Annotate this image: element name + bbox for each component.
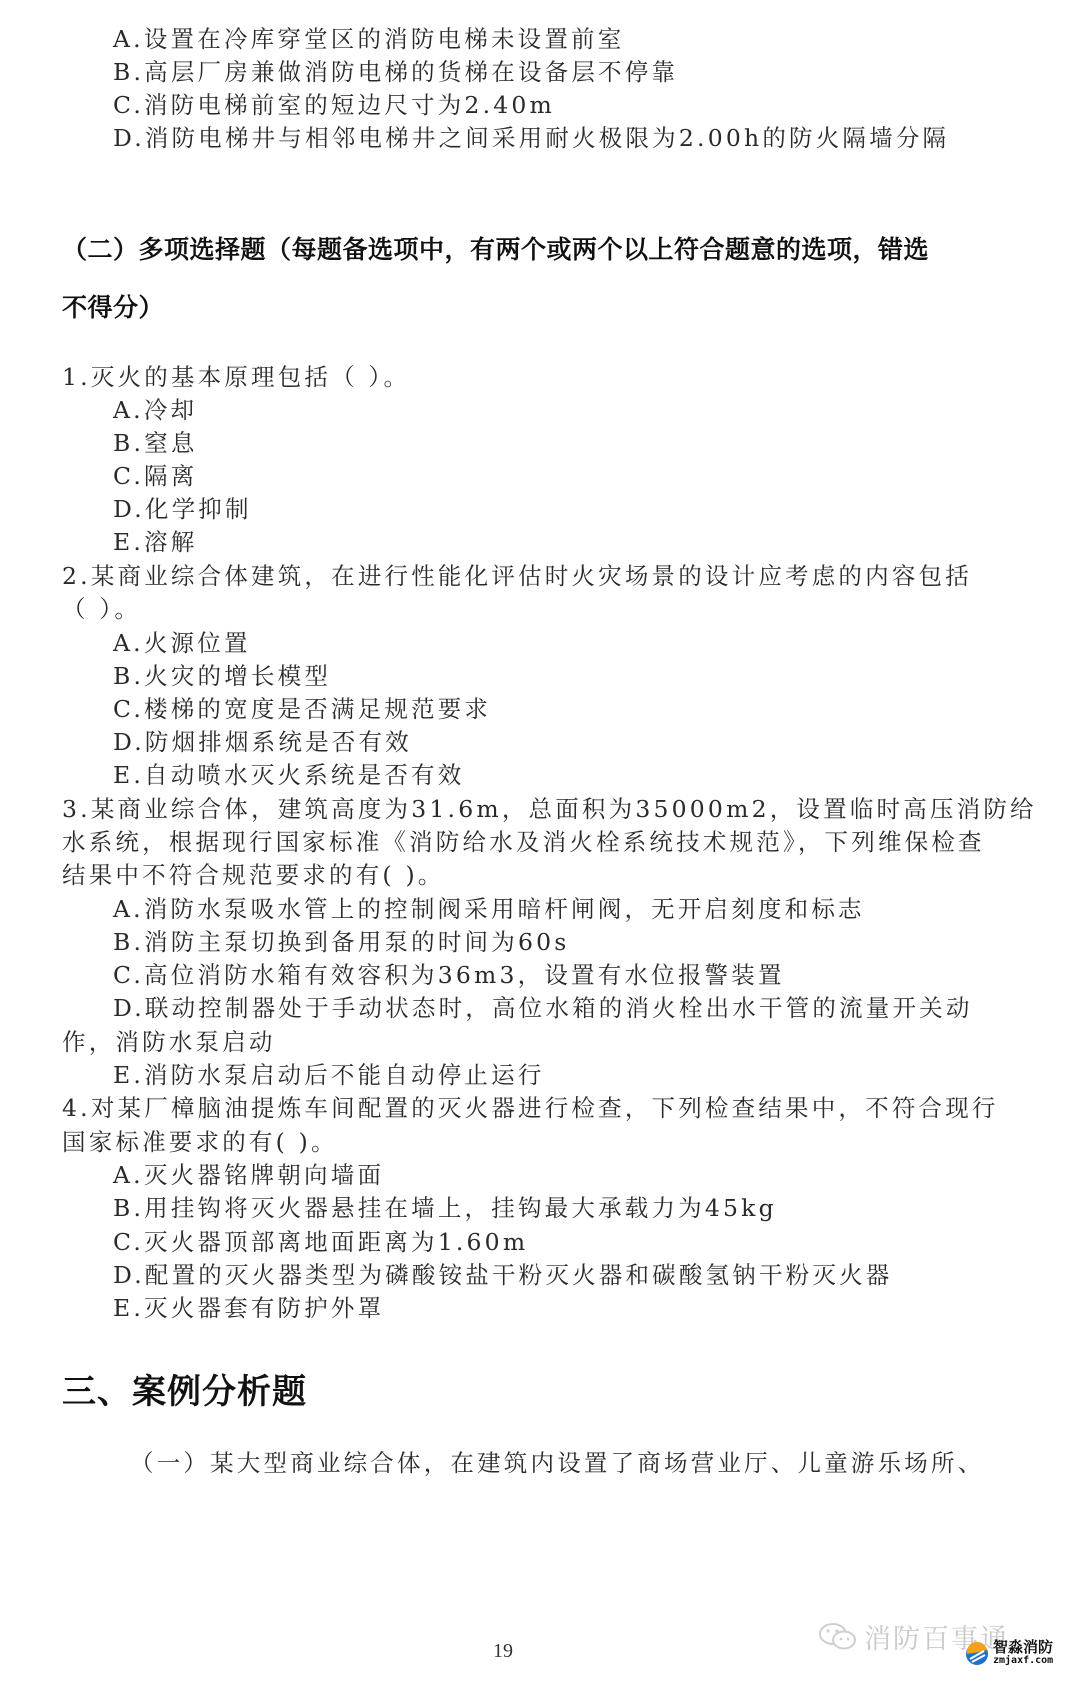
question-2-stem: 2.某商业综合体建筑，在进行性能化评估时火灾场景的设计应考虑的内容包括 xyxy=(62,561,972,591)
question-3-option-d: D.联动控制器处于手动状态时，高位水箱的消火栓出水干管的流量开关动 xyxy=(113,993,973,1023)
question-1-option-c: C.隔离 xyxy=(113,461,197,491)
question-2-option-d: D.防烟排烟系统是否有效 xyxy=(113,727,412,757)
question-4-option-a: A.灭火器铭牌朝向墙面 xyxy=(113,1160,384,1190)
logo-name: 智淼消防 xyxy=(993,1640,1053,1654)
question-1-option-d: D.化学抑制 xyxy=(113,494,252,524)
question-3-option-c: C.高位消防水箱有效容积为36m3，设置有水位报警装置 xyxy=(113,960,785,990)
question-3-option-d-cont: 作，消防水泵启动 xyxy=(62,1027,276,1057)
question-2-option-b: B.火灾的增长模型 xyxy=(113,661,331,691)
wechat-icon xyxy=(818,1621,858,1653)
logo-url: zmjaxf.com xyxy=(993,1654,1053,1668)
question-3-stem: 3.某商业综合体，建筑高度为31.6m，总面积为35000m2，设置临时高压消防… xyxy=(62,794,1037,824)
section-heading-case-analysis: 三、案例分析题 xyxy=(62,1364,307,1413)
question-3-option-b: B.消防主泵切换到备用泵的时间为60s xyxy=(113,927,570,957)
question-1-option-e: E.溶解 xyxy=(113,527,197,557)
question-4-option-e: E.灭火器套有防护外罩 xyxy=(113,1293,384,1323)
question-2-option-a: A.火源位置 xyxy=(113,628,251,658)
question-3-stem-cont-2: 结果中不符合规范要求的有( )。 xyxy=(62,860,445,890)
question-4-stem: 4.对某厂樟脑油提炼车间配置的灭火器进行检查，下列检查结果中，不符合现行 xyxy=(62,1093,999,1123)
question-2-stem-cont: （ ）。 xyxy=(62,594,141,624)
question-1-stem: 1.灭火的基本原理包括（ ）。 xyxy=(62,362,410,392)
question-3-option-e: E.消防水泵启动后不能自动停止运行 xyxy=(113,1060,545,1090)
question-4-option-b: B.用挂钩将灭火器悬挂在墙上，挂钩最大承载力为45kg xyxy=(113,1193,777,1223)
question-1-option-b: B.窒息 xyxy=(113,428,198,458)
logo-icon xyxy=(965,1642,989,1666)
question-2-option-c: C.楼梯的宽度是否满足规范要求 xyxy=(113,694,491,724)
question-1-option-a: A.冷却 xyxy=(113,395,197,425)
site-logo: 智淼消防 zmjaxf.com xyxy=(965,1640,1053,1668)
question-3-stem-cont-1: 水系统，根据现行国家标准《消防给水及消火栓系统技术规范》，下列维保检查 xyxy=(62,827,985,857)
question-4-stem-cont: 国家标准要求的有( )。 xyxy=(62,1127,338,1157)
question-2-option-e: E.自动喷水灭火系统是否有效 xyxy=(113,760,464,790)
prev-option-b: B.高层厂房兼做消防电梯的货梯在设备层不停靠 xyxy=(113,57,678,87)
question-4-option-d: D.配置的灭火器类型为磷酸铵盐干粉灭火器和碳酸氢钠干粉灭火器 xyxy=(113,1260,892,1290)
case-1-intro: （一）某大型商业综合体，在建筑内设置了商场营业厅、儿童游乐场所、 xyxy=(130,1448,984,1478)
question-3-option-a: A.消防水泵吸水管上的控制阀采用暗杆闸阀，无开启刻度和标志 xyxy=(113,894,865,924)
section-heading-multi-choice-cont: 不得分） xyxy=(62,288,164,324)
prev-option-a: A.设置在冷库穿堂区的消防电梯未设置前室 xyxy=(113,24,624,54)
section-heading-multi-choice: （二）多项选择题（每题备选项中，有两个或两个以上符合题意的选项，错选 xyxy=(62,230,929,266)
page-number: 19 xyxy=(493,1640,513,1663)
question-4-option-c: C.灭火器顶部离地面距离为1.60m xyxy=(113,1227,528,1257)
prev-option-c: C.消防电梯前室的短边尺寸为2.40m xyxy=(113,90,555,120)
prev-option-d: D.消防电梯井与相邻电梯井之间采用耐火极限为2.00h的防火隔墙分隔 xyxy=(113,123,949,153)
